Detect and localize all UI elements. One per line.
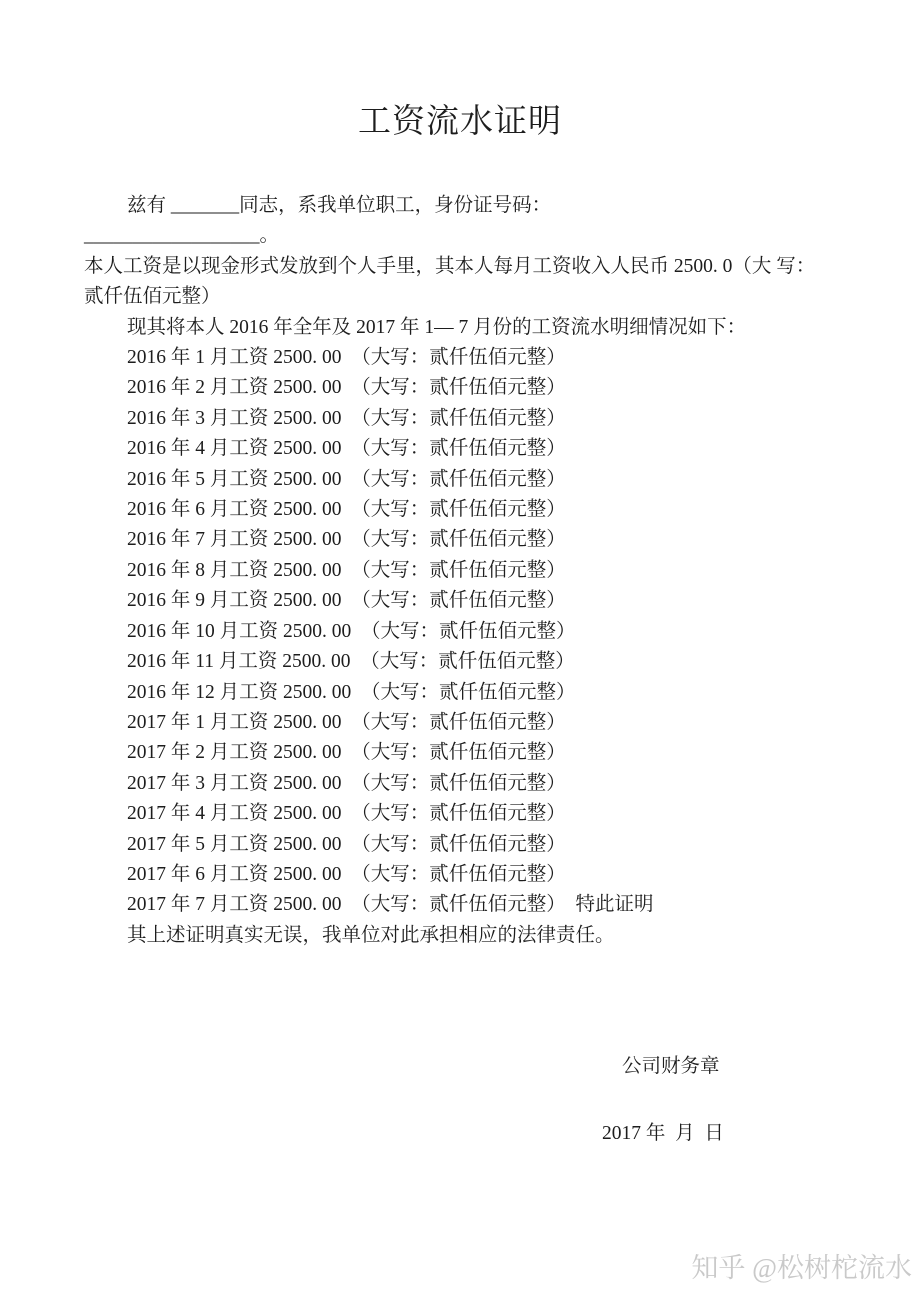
- salary-line: 2016 年 7 月工资 2500. 00 （大写：贰仟伍佰元整）: [84, 525, 836, 555]
- salary-line: 2016 年 6 月工资 2500. 00 （大写：贰仟伍佰元整）: [84, 495, 836, 525]
- intro-line: 兹有 _______同志，系我单位职工，身份证号码：: [84, 191, 836, 221]
- salary-line: 2016 年 4 月工资 2500. 00 （大写：贰仟伍佰元整）: [84, 434, 836, 464]
- salary-line: 2017 年 2 月工资 2500. 00 （大写：贰仟伍佰元整）: [84, 738, 836, 768]
- salary-line: 2017 年 6 月工资 2500. 00 （大写：贰仟伍佰元整）: [84, 860, 836, 890]
- salary-line: 2017 年 7 月工资 2500. 00 （大写：贰仟伍佰元整） 特此证明: [84, 890, 836, 920]
- salary-line: 2017 年 1 月工资 2500. 00 （大写：贰仟伍佰元整）: [84, 708, 836, 738]
- salary-line: 2016 年 3 月工资 2500. 00 （大写：贰仟伍佰元整）: [84, 404, 836, 434]
- salary-paragraph-line2: 贰仟伍佰元整）: [84, 282, 836, 312]
- salary-list: 2016 年 1 月工资 2500. 00 （大写：贰仟伍佰元整）2016 年 …: [84, 343, 836, 921]
- id-number-blank-line: __________________。: [84, 221, 836, 251]
- document-page: 工资流水证明 兹有 _______同志，系我单位职工，身份证号码： ______…: [0, 0, 920, 1303]
- date-line: 2017 年 月 日: [602, 1117, 724, 1145]
- document-body: 兹有 _______同志，系我单位职工，身份证号码： _____________…: [84, 191, 836, 951]
- closing-line: 其上述证明真实无误，我单位对此承担相应的法律责任。: [84, 921, 836, 951]
- watermark: 知乎 @松树柁流水: [691, 1246, 912, 1285]
- salary-line: 2017 年 5 月工资 2500. 00 （大写：贰仟伍佰元整）: [84, 830, 836, 860]
- document-title: 工资流水证明: [0, 95, 920, 142]
- salary-line: 2016 年 2 月工资 2500. 00 （大写：贰仟伍佰元整）: [84, 373, 836, 403]
- salary-line: 2016 年 9 月工资 2500. 00 （大写：贰仟伍佰元整）: [84, 586, 836, 616]
- salary-line: 2016 年 1 月工资 2500. 00 （大写：贰仟伍佰元整）: [84, 343, 836, 373]
- salary-paragraph-line1: 本人工资是以现金形式发放到个人手里，其本人每月工资收入人民币 2500. 0（大…: [84, 252, 836, 282]
- salary-line: 2016 年 11 月工资 2500. 00 （大写：贰仟伍佰元整）: [84, 647, 836, 677]
- salary-line: 2016 年 10 月工资 2500. 00 （大写：贰仟伍佰元整）: [84, 617, 836, 647]
- salary-line: 2017 年 3 月工资 2500. 00 （大写：贰仟伍佰元整）: [84, 769, 836, 799]
- seal-label: 公司财务章: [622, 1050, 720, 1078]
- salary-line: 2017 年 4 月工资 2500. 00 （大写：贰仟伍佰元整）: [84, 799, 836, 829]
- salary-line: 2016 年 8 月工资 2500. 00 （大写：贰仟伍佰元整）: [84, 556, 836, 586]
- salary-line: 2016 年 5 月工资 2500. 00 （大写：贰仟伍佰元整）: [84, 465, 836, 495]
- salary-line: 2016 年 12 月工资 2500. 00 （大写：贰仟伍佰元整）: [84, 678, 836, 708]
- detail-intro-line: 现其将本人 2016 年全年及 2017 年 1— 7 月份的工资流水明细情况如…: [84, 313, 836, 343]
